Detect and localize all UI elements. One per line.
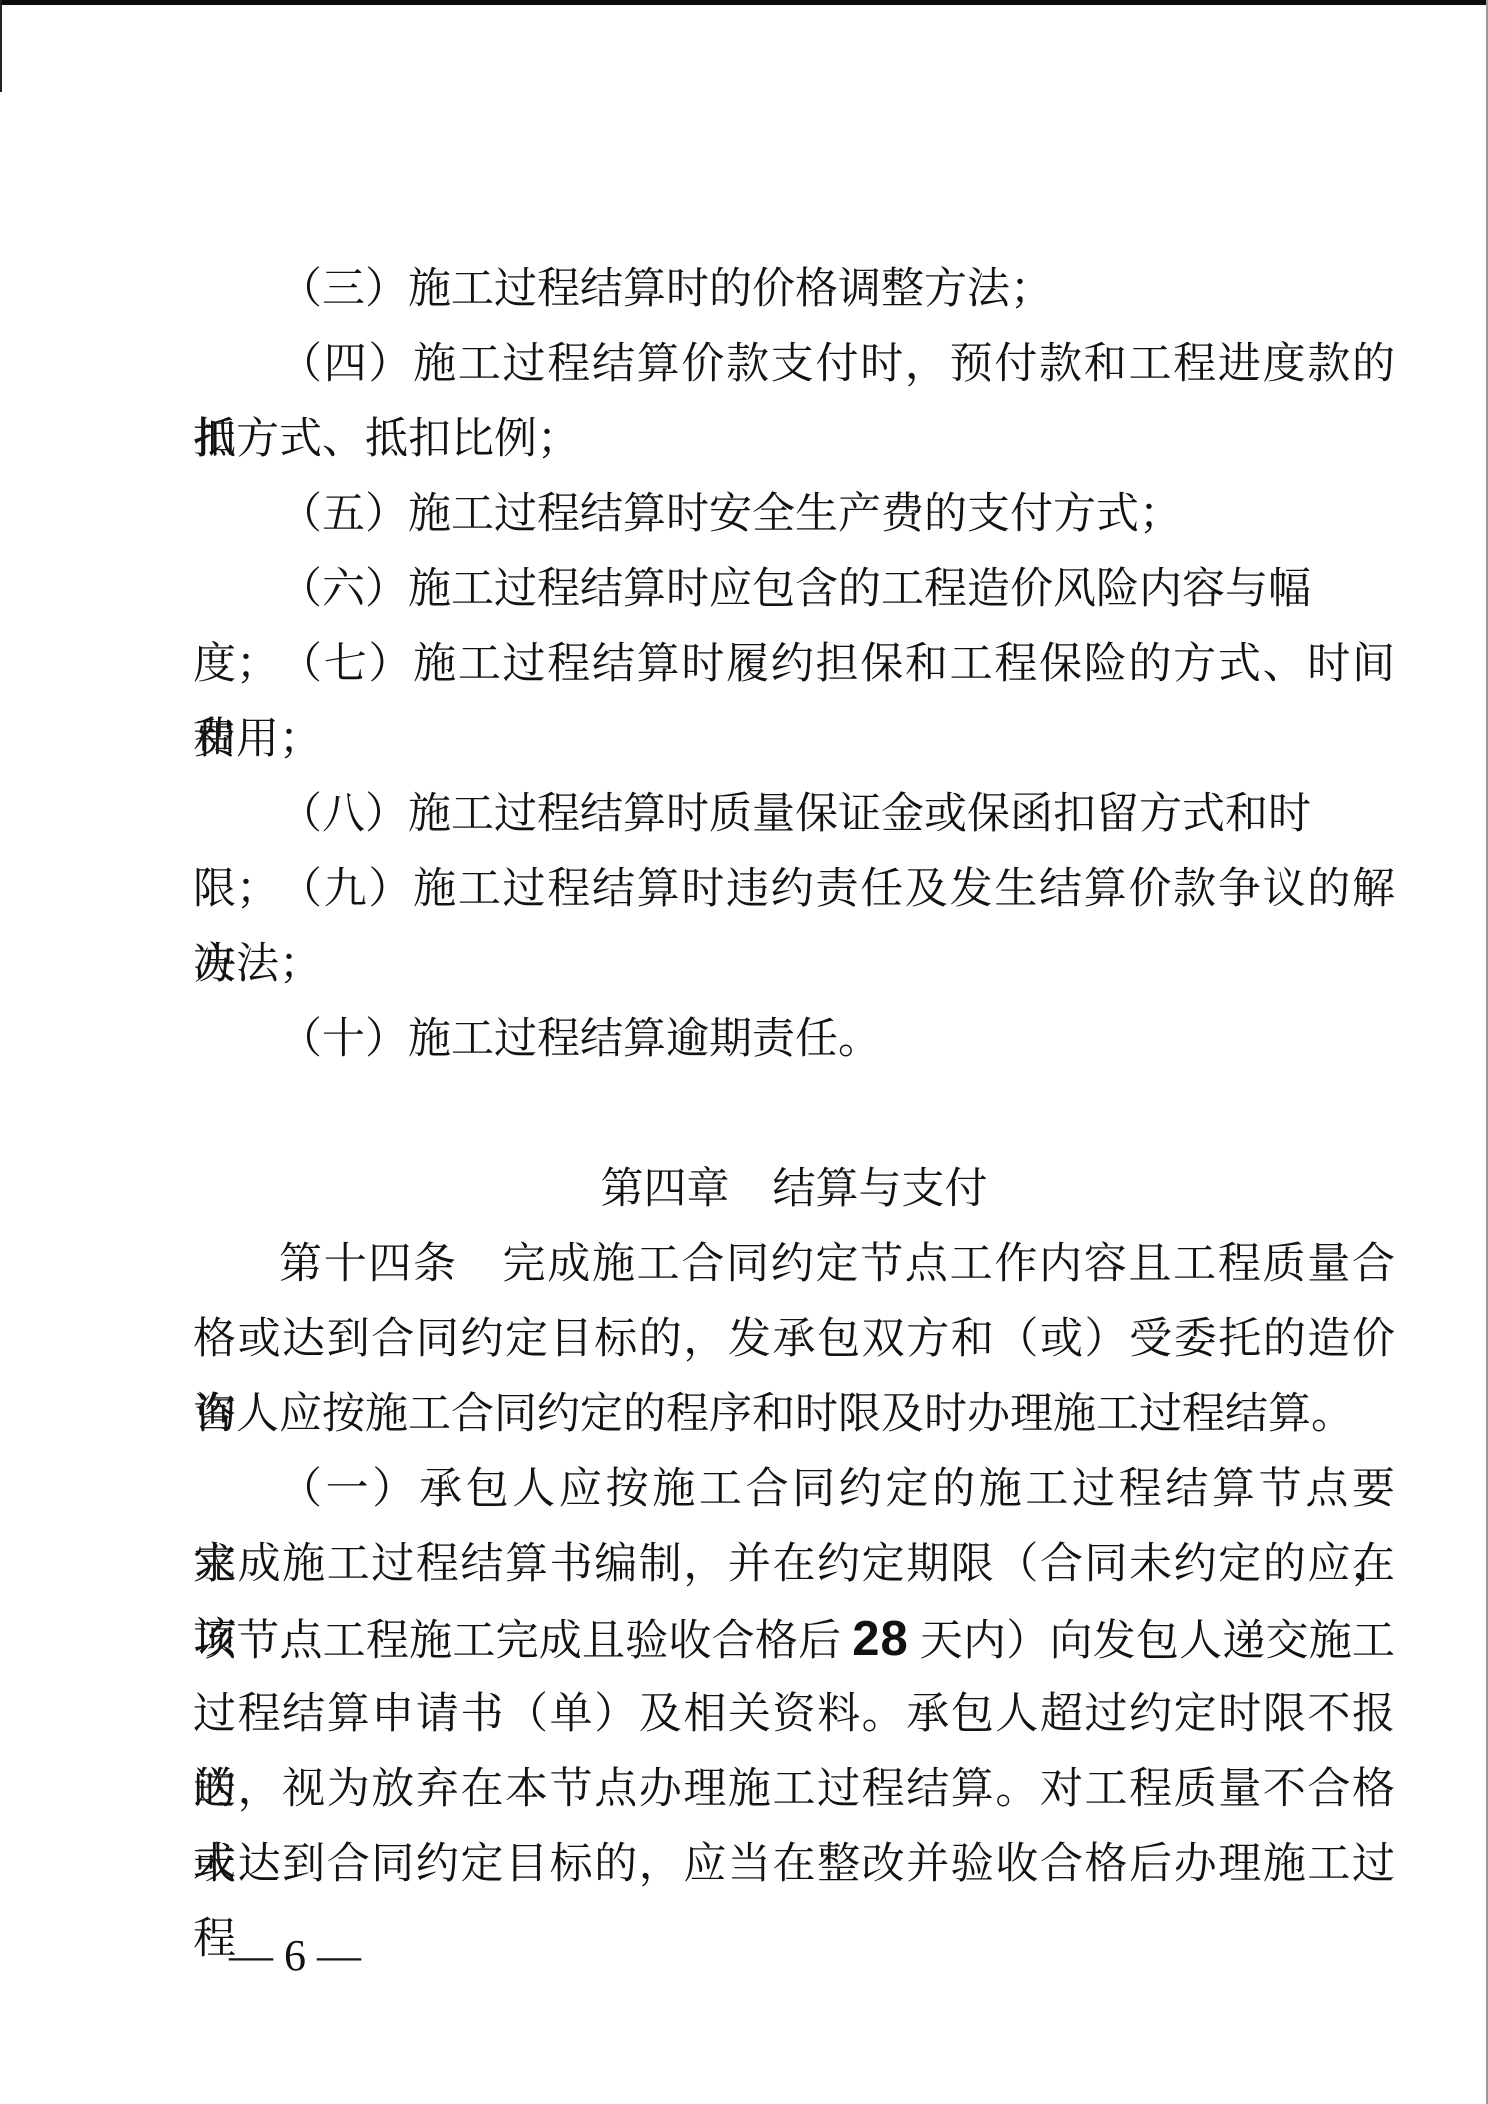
text-line: 扣方式、抵扣比例；: [193, 402, 1395, 477]
text-line: 项节点工程施工完成且验收合格后 28 天内）向发包人递交施工: [193, 1602, 1395, 1677]
text-line: 格或达到合同约定目标的，发承包双方和（或）受委托的造价咨: [193, 1302, 1395, 1377]
page-number: — 6 —: [193, 1918, 1395, 1993]
scan-top-edge-bar: [0, 0, 1488, 5]
text-line: （六）施工过程结算时应包含的工程造价风险内容与幅度；: [193, 552, 1395, 627]
text-line: （七）施工过程结算时履约担保和工程保险的方式、时间和: [193, 627, 1395, 702]
text-line: （十）施工过程结算逾期责任。: [193, 1002, 1395, 1077]
text-line: （一）承包人应按施工合同约定的施工过程结算节点要求，: [193, 1452, 1395, 1527]
text-line: （八）施工过程结算时质量保证金或保函扣留方式和时限；: [193, 777, 1395, 852]
text-line: 的，视为放弃在本节点办理施工过程结算。对工程质量不合格或: [193, 1752, 1395, 1827]
text-line: （九）施工过程结算时违约责任及发生结算价款争议的解决: [193, 852, 1395, 927]
text-line: 方法；: [193, 927, 1395, 1002]
text-line: 费用；: [193, 702, 1395, 777]
text-line: 过程结算申请书（单）及相关资料。承包人超过约定时限不报送: [193, 1677, 1395, 1752]
text-line: （四）施工过程结算价款支付时，预付款和工程进度款的抵: [193, 327, 1395, 402]
blank-line: [193, 1077, 1395, 1152]
chapter-heading: 第四章 结算与支付: [193, 1152, 1395, 1227]
text-line: 询人应按施工合同约定的程序和时限及时办理施工过程结算。: [193, 1377, 1395, 1452]
document-page: （三）施工过程结算时的价格调整方法；（四）施工过程结算价款支付时，预付款和工程进…: [0, 0, 1488, 2104]
text-line: 第十四条 完成施工合同约定节点工作内容且工程质量合: [193, 1227, 1395, 1302]
document-content: （三）施工过程结算时的价格调整方法；（四）施工过程结算价款支付时，预付款和工程进…: [193, 252, 1395, 1993]
numeral-emphasis: 28: [852, 1612, 909, 1666]
text-line: 未达到合同约定目标的，应当在整改并验收合格后办理施工过程: [193, 1827, 1395, 1902]
text-line: 完成施工过程结算书编制，并在约定期限（合同未约定的应在该: [193, 1527, 1395, 1602]
text-line: （三）施工过程结算时的价格调整方法；: [193, 252, 1395, 327]
scan-left-edge-line: [0, 0, 2, 92]
text-line: （五）施工过程结算时安全生产费的支付方式；: [193, 477, 1395, 552]
